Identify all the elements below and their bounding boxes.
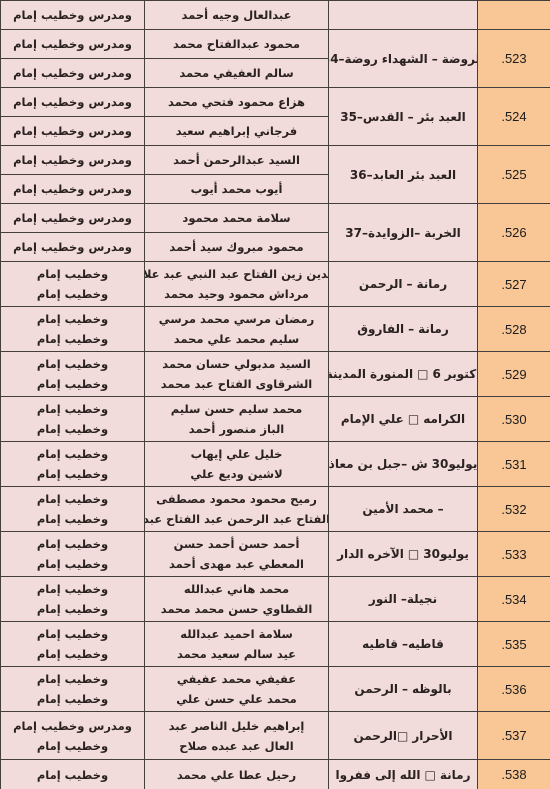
word-token: إمام (37, 579, 61, 599)
word-token: إمام (37, 329, 61, 349)
number-cell: .538 (478, 760, 550, 789)
row-number: .528 (501, 322, 526, 337)
word-token: الله (400, 765, 421, 785)
person-role: إماموخطيب (1, 489, 144, 509)
word-token: الرحمن (359, 274, 403, 294)
person-role: إماموخطيب (1, 309, 144, 329)
name-cell: حسنأحمدحسنأحمدأحمدمهدىعبدالمعطي (145, 532, 329, 577)
word-token: إمام (37, 419, 61, 439)
word-token: محمد (173, 34, 203, 54)
role-cell: إماموخطيبإماموخطيب (1, 487, 145, 532)
name-cell: محمدالعفيفيسالم (145, 59, 329, 88)
imam-roster-table: أحمدوجيهعبدالعالإماموخطيبومدرس.52334–روض… (0, 0, 550, 789)
word-token: سالم (244, 644, 273, 664)
word-token: وخطيب (41, 5, 85, 25)
word-token: ومدرس (88, 237, 131, 257)
person-name: أيوبمحمدأيوب (145, 179, 328, 199)
table-row: .52334–روضةالشهداء–الروضةمحمدعبدالفتاحمح… (1, 30, 550, 59)
person-name: حسنأحمدحسنأحمد (145, 534, 328, 554)
word-token: إمام (37, 736, 61, 756)
person-role: إماموخطيب (1, 419, 144, 439)
name-cell: سعيدإبراهيمفرجاني (145, 117, 329, 146)
word-token: أحمد (273, 534, 300, 554)
word-token: علي (211, 765, 235, 785)
word-token: الدين (306, 264, 328, 284)
word-token: صلاح (179, 736, 207, 756)
word-token: السيد (269, 150, 300, 170)
word-token: حسن (228, 599, 258, 619)
row-number: .538 (501, 767, 526, 782)
row-number: .529 (501, 367, 526, 382)
word-token: سعيد (176, 121, 205, 141)
role-cell: إماموخطيبومدرس (1, 146, 145, 175)
word-token: –نجيلة (401, 589, 437, 609)
name-cell: أيوبمحمدأيوب (145, 175, 329, 204)
word-token: إمام (13, 5, 37, 25)
word-token: الناصر (192, 716, 228, 736)
name-cell: إيهابعليخليلعليوديعلاشين (145, 442, 329, 487)
word-token: ومدرس (88, 121, 131, 141)
word-token: 6 (432, 364, 440, 384)
word-token: رميح (290, 489, 317, 509)
table-row: .532الأمينمحمد–مصطفىمحمودمحمودرميحعبدالف… (1, 487, 550, 532)
word-token: وخطيب (41, 63, 85, 83)
word-token: إمام (37, 264, 61, 284)
word-token: عبدالفتاح (207, 34, 260, 54)
word-token: عبدالله (184, 579, 223, 599)
word-token: ومدرس (88, 63, 131, 83)
word-token: مهدى (200, 554, 232, 574)
role-cell: إماموخطيبومدرس (1, 233, 145, 262)
word-token: وجيه (212, 5, 239, 25)
word-token: مبروك (227, 237, 264, 257)
person-name: محمدعليعطارحيل (145, 765, 328, 785)
row-number: .524 (501, 109, 526, 124)
word-token: 36–العابد (350, 165, 404, 185)
mosque-cell: الرحمن–رمانة (329, 262, 478, 307)
word-token: إيهاب (191, 444, 223, 464)
number-cell (478, 1, 550, 30)
person-role: إماموخطيب (1, 554, 144, 574)
word-token: عبده (211, 736, 237, 756)
number-cell: .531 (478, 442, 550, 487)
mosque-cell: 35–القدس–بئرالعبد (329, 88, 478, 146)
role-cell: إماموخطيبومدرس (1, 204, 145, 233)
person-name: مرسيمحمدمرسيرمضان (145, 309, 328, 329)
person-role: إماموخطيب (1, 444, 144, 464)
word-token: وخطيب (41, 92, 85, 112)
mosque-name: 34–روضةالشهداء–الروضة (329, 49, 477, 69)
word-token: إمام (37, 689, 61, 709)
mosque-cell: الأمينمحمد– (329, 487, 478, 532)
word-token: فرجاني (254, 121, 297, 141)
word-token: إمام (13, 208, 37, 228)
word-token: عيد (277, 644, 296, 664)
mosque-cell: 37–الزوايدة–الخربة (329, 204, 478, 262)
table-row: .528الفاروق–رمانةمرسيمحمدمرسيرمضانمحمدعل… (1, 307, 550, 352)
word-token: وخطيب (65, 374, 109, 394)
row-number: .537 (501, 728, 526, 743)
word-token: رمضان (275, 309, 314, 329)
word-token: وديع (219, 464, 244, 484)
name-cell: علاءعبدالنبيعبدالفتاحزينالدينمحمدوحيدمحم… (145, 262, 329, 307)
roster-table-body: أحمدوجيهعبدالعالإماموخطيبومدرس.52334–روض… (1, 1, 550, 789)
word-token: وخطيب (41, 121, 85, 141)
table-row: .52435–القدس–بئرالعبدمحمدفتحيمحمودهزاعإم… (1, 88, 550, 117)
number-cell: .535 (478, 622, 550, 667)
person-name: أحمدسيدمبروكمحمود (145, 237, 328, 257)
word-token: محمد (236, 329, 266, 349)
mosque-name: ففرواإلىالله□رمانة (329, 765, 477, 785)
word-token: محمد (164, 284, 194, 304)
person-role: إماموخطيب (1, 599, 144, 619)
mosque-name: قاطيه–قاطيه (329, 634, 477, 654)
person-name: عليوديعلاشين (145, 464, 328, 484)
role-cell: إماموخطيبإماموخطيب (1, 307, 145, 352)
table-row: .529المدينةالمنورة□6أكتوبرمحمدحسانمدبولي… (1, 352, 550, 397)
name-cell: أحمدسيدمبروكمحمود (145, 233, 329, 262)
person-role: إماموخطيب (1, 624, 144, 644)
word-token: سليم (239, 399, 269, 419)
word-token: سالم (265, 63, 294, 83)
mosque-cell: 34–روضةالشهداء–الروضة (329, 30, 478, 88)
word-token: السيد (279, 354, 310, 374)
row-number: .530 (501, 412, 526, 427)
row-number: .533 (501, 547, 526, 562)
person-name: عبدالفتاحعبدالرحمنعبدالفتاح (145, 509, 328, 529)
word-token: ومدرس (88, 716, 131, 736)
word-token: عبدالعال (243, 5, 291, 25)
word-token: محمد (267, 689, 297, 709)
word-token: علاء (145, 264, 160, 284)
word-token: إمام (37, 644, 61, 664)
person-name: محمدعبدالفتاحالشرقاوى (145, 374, 328, 394)
name-cell: محمدعبدالفتاحمحمود (145, 30, 329, 59)
word-token: عبد (220, 264, 239, 284)
word-token: مرداش (269, 284, 309, 304)
word-token: 35–القدس (340, 107, 403, 127)
number-cell: .536 (478, 667, 550, 712)
word-token: سليم (171, 399, 201, 419)
word-token: سلامة (259, 624, 293, 644)
person-role: إماموخطيبومدرس (1, 150, 144, 170)
mosque-name: المدينةالمنورة□6أكتوبر (329, 364, 477, 384)
person-role: إماموخطيب (1, 264, 144, 284)
word-token: وخطيب (65, 736, 109, 756)
word-token: وخطيب (65, 534, 109, 554)
person-name: محمدعبدالفتاحمحمود (145, 34, 328, 54)
word-token: محمد (174, 329, 204, 349)
name-cell: أحمدعبدالرحمنالسيد (145, 146, 329, 175)
word-token: عبدالله (180, 624, 219, 644)
mosque-name: الرحمن□الأحرار (329, 726, 477, 746)
mosque-name: النور–نجيلة (329, 589, 477, 609)
word-token: علي (226, 444, 250, 464)
word-token: إمام (37, 309, 61, 329)
word-token: □ (417, 364, 428, 384)
person-role: إماموخطيب (1, 399, 144, 419)
person-name: محمدعليمحمدسليم (145, 329, 328, 349)
word-token: حسان (196, 354, 230, 374)
word-token: عبد (169, 716, 188, 736)
word-token: – (402, 679, 408, 699)
word-token: عبدالرحمن (204, 150, 265, 170)
word-token: محمود (229, 284, 265, 304)
number-cell: .524 (478, 88, 550, 146)
person-role: إماموخطيبومدرس (1, 121, 144, 141)
mosque-name: الأمينمحمد– (329, 499, 477, 519)
mosque-name: الرحمن–بالوظه (329, 679, 477, 699)
word-token: محمد (177, 644, 207, 664)
word-token: محمود (238, 92, 274, 112)
person-role: إماموخطيب (1, 669, 144, 689)
table-row: .536الرحمن–بالوظهعفيفيمحمدعفيفيعليحسنعلي… (1, 667, 550, 712)
word-token: – (408, 319, 414, 339)
word-token: ومدرس (88, 208, 131, 228)
person-name: صلاحعبدهعبدالعال (145, 736, 328, 756)
word-token: احميد (223, 624, 254, 644)
word-token: إمام (37, 374, 61, 394)
word-token: الفتاح (296, 509, 328, 529)
word-token: محمد (179, 63, 209, 83)
word-token: وخطيب (65, 624, 109, 644)
word-token: عبد (195, 374, 214, 394)
person-name: محمدسعيدسالمعيد (145, 644, 328, 664)
table-row: .52637–الزوايدة–الخربةمحمودمحمدسلامةإمام… (1, 204, 550, 233)
table-row: .531معاذبنجبل–ش30يوليوإيهابعليخليلعليودي… (1, 442, 550, 487)
word-token: إمام (13, 237, 37, 257)
word-token: وخطيب (65, 644, 109, 664)
person-name: أحمدعبدالرحمنالسيد (145, 150, 328, 170)
mosque-name: الدارالآخره□30يوليو (329, 544, 477, 564)
role-cell: إماموخطيبإماموخطيب (1, 577, 145, 622)
word-token: المنورة (370, 364, 413, 384)
word-token: مصطفى (156, 489, 206, 509)
number-cell: .529 (478, 352, 550, 397)
word-token: ومدرس (88, 92, 131, 112)
word-token: أحمد (169, 554, 196, 574)
word-token: إمام (13, 34, 37, 54)
role-cell: إماموخطيبومدرس (1, 59, 145, 88)
word-token: وخطيب (65, 765, 109, 785)
word-token: سلامة (256, 208, 290, 228)
word-token: وخطيب (65, 464, 109, 484)
word-token: عطا (239, 765, 262, 785)
word-token: ومدرس (88, 5, 131, 25)
person-name: عبدالناصرخليلإبراهيم (145, 716, 328, 736)
word-token: عفيفي (255, 669, 296, 689)
word-token: عبد (241, 736, 260, 756)
word-token: وخطيب (65, 489, 109, 509)
word-token: الروضة (442, 49, 478, 69)
mosque-cell: الرحمن–بالوظه (329, 667, 478, 712)
word-token: معاذ (329, 454, 354, 474)
mosque-cell: ففرواإلىالله□رمانة (329, 760, 478, 789)
word-token: وخطيب (65, 509, 109, 529)
word-token: العفيفي (213, 63, 261, 83)
word-token: إمام (13, 716, 37, 736)
table-row: .537الرحمن□الأحرارعبدالناصرخليلإبراهيمصل… (1, 712, 550, 760)
word-token: حسن (204, 689, 234, 709)
mosque-name: الإمامعلي□الكرامه (329, 409, 477, 429)
word-token: الإمام (341, 409, 375, 429)
person-role: إماموخطيبومدرس (1, 716, 144, 736)
person-name: عبداللههانيمحمد (145, 579, 328, 599)
word-token: بن (358, 454, 373, 474)
word-token: علي (239, 689, 263, 709)
word-token: إمام (13, 121, 37, 141)
number-cell: .534 (478, 577, 550, 622)
word-token: الأمين (362, 499, 398, 519)
mosque-cell: معاذبنجبل–ش30يوليو (329, 442, 478, 487)
word-token: الدار (337, 544, 364, 564)
role-cell: إماموخطيبإماموخطيب (1, 532, 145, 577)
word-token: 30يوليو (432, 454, 478, 474)
role-cell: إماموخطيبإماموخطيب (1, 667, 145, 712)
word-token: العبد (439, 107, 466, 127)
word-token: محمد (403, 499, 434, 519)
word-token: وحيد (198, 284, 225, 304)
word-token: محمود (267, 237, 303, 257)
person-name: محمدوحيدمحمودمرداش (145, 284, 328, 304)
name-cell: مصطفىمحمودمحمودرميحعبدالفتاحعبدالرحمنعبد… (145, 487, 329, 532)
name-cell: محمدعليعطارحيل (145, 760, 329, 789)
word-token: عبد (164, 264, 183, 284)
person-name: أحمدمنصورالباز (145, 419, 328, 439)
word-token: إمام (13, 63, 37, 83)
mosque-cell: قاطيه–قاطيه (329, 622, 478, 667)
number-cell: .527 (478, 262, 550, 307)
mosque-cell: النور–نجيلة (329, 577, 478, 622)
person-role: إماموخطيب (1, 689, 144, 709)
mosque-name: الرحمن–رمانة (329, 274, 477, 294)
number-cell: .532 (478, 487, 550, 532)
word-token: وخطيب (65, 444, 109, 464)
word-token: –قاطيه (402, 634, 444, 654)
word-token: محمود (182, 208, 218, 228)
person-name: محمدفتحيمحمودهزاع (145, 92, 328, 112)
word-token: إمام (37, 284, 61, 304)
word-token: زين (281, 264, 302, 284)
word-token: – (438, 499, 444, 519)
mosque-name: 36–العابدبئرالعبد (329, 165, 477, 185)
name-cell: عفيفيمحمدعفيفيعليحسنعليمحمد (145, 667, 329, 712)
role-cell: إماموخطيبومدرس (1, 175, 145, 204)
role-cell: إماموخطيبومدرس (1, 88, 145, 117)
person-role: إماموخطيب (1, 736, 144, 756)
word-token: بئر (408, 165, 425, 185)
word-token: علي (176, 689, 200, 709)
person-role: إماموخطيب (1, 464, 144, 484)
person-name: أحمدمهدىعبدالمعطي (145, 554, 328, 574)
word-token: محمود (250, 489, 286, 509)
word-token: الشهداء (382, 49, 428, 69)
mosque-cell: الفاروق–رمانة (329, 307, 478, 352)
word-token: عبد (204, 509, 223, 529)
row-number: .534 (501, 592, 526, 607)
word-token: أكتوبر (445, 364, 478, 384)
name-cell: محمدفتحيمحمودهزاع (145, 88, 329, 117)
word-token: ومدرس (88, 179, 131, 199)
word-token: محمد (259, 579, 289, 599)
role-cell: إماموخطيبومدرسإماموخطيب (1, 712, 145, 760)
word-token: وخطيب (41, 208, 85, 228)
person-role: إماموخطيبومدرس (1, 34, 144, 54)
word-token: وخطيب (41, 716, 85, 736)
word-token: بئر (418, 107, 435, 127)
person-role: إماموخطيب (1, 644, 144, 664)
word-token: محمد (168, 92, 198, 112)
person-role: إماموخطيب (1, 284, 144, 304)
word-token: إمام (37, 464, 61, 484)
word-token: الفتاح (243, 264, 277, 284)
word-token: إلى (375, 765, 396, 785)
word-token: مرسي (234, 309, 271, 329)
word-token: محمد (200, 309, 230, 329)
mosque-cell (329, 1, 478, 30)
word-token: عبد (145, 509, 163, 529)
word-token: خليل (231, 716, 259, 736)
table-row: أحمدوجيهعبدالعالإماموخطيبومدرس (1, 1, 550, 30)
word-token: إمام (37, 554, 61, 574)
row-number: .527 (501, 277, 526, 292)
word-token: حسن (204, 399, 234, 419)
person-role: إماموخطيب (1, 354, 144, 374)
word-token: سليم (270, 329, 300, 349)
mosque-cell: الإمامعلي□الكرامه (329, 397, 478, 442)
person-name: عفيفيمحمدعفيفي (145, 669, 328, 689)
row-number: .532 (501, 502, 526, 517)
word-token: وخطيب (65, 579, 109, 599)
row-number: .536 (501, 682, 526, 697)
word-token: محمود (210, 489, 246, 509)
person-name: سليمحسنسليممحمد (145, 399, 328, 419)
word-token: محمد (162, 354, 192, 374)
word-token: وخطيب (65, 669, 109, 689)
role-cell: إماموخطيبإماموخطيب (1, 262, 145, 307)
word-token: أحمد (208, 534, 235, 554)
person-name: مصطفىمحمودمحمودرميح (145, 489, 328, 509)
word-token: أحمد (169, 237, 196, 257)
person-name: عليحسنعليمحمد (145, 689, 328, 709)
mosque-name: معاذبنجبل–ش30يوليو (329, 454, 477, 474)
word-token: علي (190, 464, 214, 484)
name-cell: محمدحسانمدبوليالسيدمحمدعبدالفتاحالشرقاوى (145, 352, 329, 397)
word-token: وخطيب (65, 264, 109, 284)
word-token: – (406, 274, 412, 294)
word-token: خليل (254, 444, 282, 464)
word-token: 30يوليو (423, 544, 469, 564)
word-token: إبراهيم (263, 716, 304, 736)
name-cell: سليمحسنسليممحمدأحمدمنصورالباز (145, 397, 329, 442)
role-cell: إماموخطيبومدرس (1, 117, 145, 146)
word-token: ففروا (335, 765, 371, 785)
person-name: محمدحسانمدبوليالسيد (145, 354, 328, 374)
row-number: .535 (501, 637, 526, 652)
person-name: محمودمحمدسلامة (145, 208, 328, 228)
role-cell: إماموخطيبومدرس (1, 30, 145, 59)
word-token: وخطيب (41, 237, 85, 257)
word-token: الأحرار (412, 726, 452, 746)
person-role: إماموخطيب (1, 509, 144, 529)
word-token: رمانة (440, 765, 471, 785)
person-role: إماموخطيبومدرس (1, 92, 144, 112)
person-role: إماموخطيب (1, 374, 144, 394)
word-token: إمام (37, 534, 61, 554)
person-role: إماموخطيبومدرس (1, 208, 144, 228)
word-token: الكرامه (423, 409, 465, 429)
number-cell: .537 (478, 712, 550, 760)
